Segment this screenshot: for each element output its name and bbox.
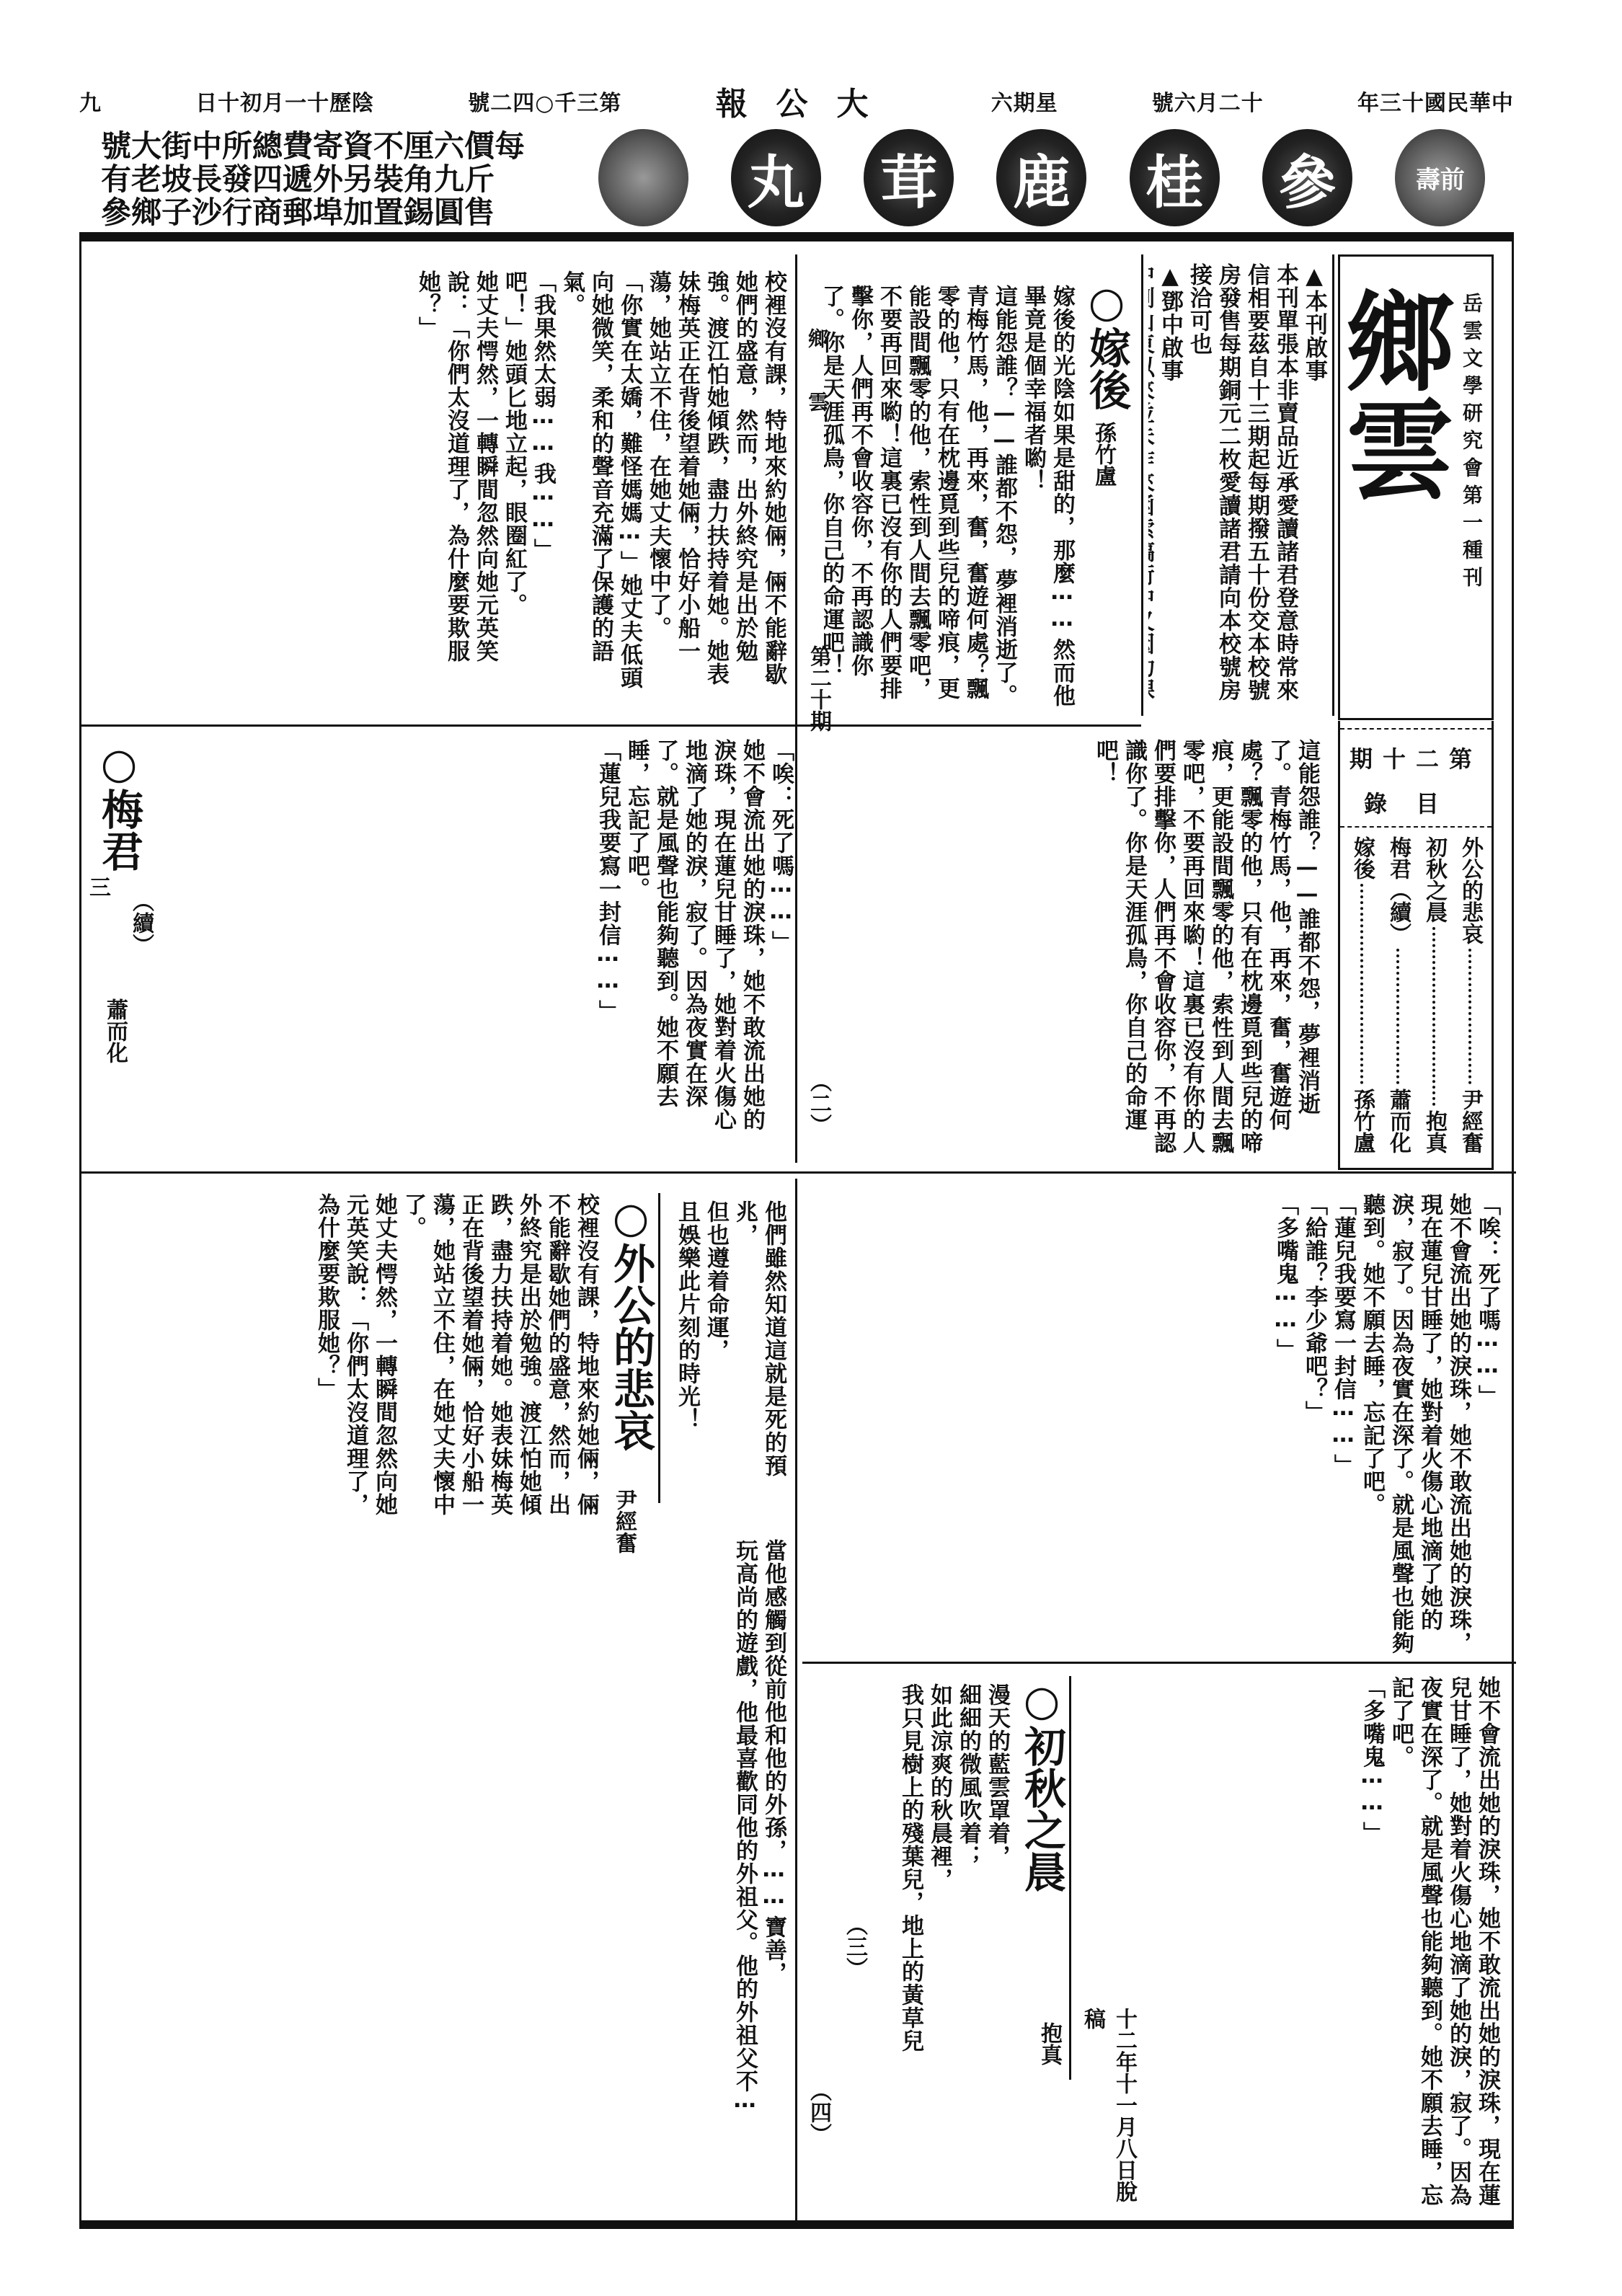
article-title-chuqiu: ○初秋之晨 [1019, 1676, 1065, 1892]
folio-name: 鄉雲 [802, 328, 831, 455]
toc-entry[interactable]: 梅君（續） 蕭而化 [1382, 836, 1414, 1153]
paragraph: 她丈夫愕然，一轉瞬間忽然向她元英笑說：「你們太沒道理了，為什麼要欺服她？」 [312, 1193, 399, 1525]
leader-dots [1468, 949, 1471, 1084]
leader-dots [1396, 949, 1399, 1084]
paragraph: 「唉：死了嗎⋯⋯」 [1473, 1193, 1502, 1654]
verse-line: 但也遵着命運， [701, 1200, 730, 1517]
issue-number: 第二十期 [1340, 728, 1492, 774]
product-medal-icon: 參 [1262, 129, 1352, 226]
paragraph: 她不會流出她的淚珠，她不敢流出她的淚珠，現在蓮兒甘睡了，她對着火傷心地滴了她的淚… [622, 739, 766, 1150]
product-medal-icon: 茸 [864, 129, 954, 226]
paragraph: 她不會流出她的淚珠，她不敢流出她的淚珠，現在蓮兒甘睡了，她對着火傷心地滴了她的淚… [1386, 1676, 1502, 2209]
brand-medal-icon [598, 129, 688, 226]
toc-entry-author: 尹經奮 [1454, 1089, 1486, 1153]
paragraph: 她丈夫愕然，一轉瞬間忽然向她元英笑說：「你們太沒道理了，為什麼要欺服她？」 [413, 270, 500, 703]
paragraph: 這能怨誰？——誰都不怨，夢裡消逝了。青梅竹馬，他，再來，奮，奮遊何處？飄零的他，… [1091, 739, 1321, 1157]
paragraph: 「蓮兒我要寫一封信⋯⋯」 [593, 739, 622, 1150]
article-body-right-lower: 她不會流出她的淚珠，她不敢流出她的淚珠，現在蓮兒甘睡了，她對着火傷心地滴了她的淚… [1112, 1676, 1502, 2209]
toc-entry[interactable]: 初秋之晨 抱真 [1418, 836, 1450, 1153]
verse-line: 細細的微風吹着； [954, 1683, 983, 2188]
byline-chuqiu: 抱真 [1033, 2022, 1065, 2065]
paragraph: 「你實在太嬌，難怪媽媽⋯」她丈夫低頭向她微笑，柔和的聲音充滿了保護的語氣。 [557, 270, 644, 703]
notice-body: 本刊單張本非賣品近承愛讀諸君登意時常來信相要茲自十三期起每期撥五十份交本校號房發… [1184, 263, 1300, 710]
column-divider [795, 254, 797, 1163]
paragraph: 「蓮兒我要寫一封信⋯⋯」 [1329, 1193, 1357, 1654]
toc-entry-title: 外公的悲哀 [1454, 836, 1486, 944]
toc-entry-title: 梅君（續） [1382, 836, 1414, 944]
paragraph: 「給誰？李少爺吧？」 [1300, 1193, 1329, 1654]
byline-meijun: 蕭而化 [99, 998, 130, 1063]
byline-jiahou: 孫竹盧 [1087, 422, 1119, 487]
paragraph: 當他感觸到從前他和他的外孫，⋯⋯寶善， [759, 1539, 788, 2217]
article-body-meijun-upper: 校裡沒有課，特地來約她倆，倆不能辭歇她們的盛意，然而，出外終究是出於勉強。渡江怕… [96, 270, 788, 703]
header-page-mark: 九 [79, 85, 102, 117]
paragraph: 「唉：死了嗎⋯⋯」 [766, 739, 795, 1150]
folio-issue: 第二十期 [802, 645, 834, 732]
verse-line: 漫天的藍雲罩着， [983, 1683, 1011, 2188]
toc-label: 目錄 [1340, 786, 1492, 828]
toc-entry-title: 嫁後 [1346, 836, 1378, 879]
header-weekday: 星期六 [991, 85, 1058, 117]
toc-entries: 嫁後 孫竹盧 梅君（續） 蕭而化 初秋之晨 抱真 外公的悲哀 尹 [1346, 836, 1486, 1153]
column-divider [1069, 1676, 1071, 2080]
paragraph: 玩高尚的遊戲，他最喜歡同他的外祖父。他的外祖父不⋯ [730, 1539, 759, 2217]
product-medal-icon: 丸 [731, 129, 821, 226]
toc-entry-title: 初秋之晨 [1418, 836, 1450, 923]
paper-name: 大公報 [716, 78, 898, 124]
verse-line: 我只見樹上的殘葉兒，地上的黃草兒 [896, 1683, 925, 2188]
article-title-waigong: ○外公的悲哀 [608, 1193, 654, 1451]
column-divider [658, 1193, 660, 1503]
paragraph: 嫁後的光陰如果是甜的，那麼⋯⋯然而他畢竟是個幸福者喲！ [1019, 285, 1076, 717]
header-issue-no: 第三千○四二號 [468, 85, 621, 117]
notice-body: 中到山東以來並未作來函索稿術中又因功課忙碌並作詩寄上而蕭而化君以為○生君作詩實未… [1148, 263, 1156, 710]
section-number: 三 [81, 876, 113, 897]
verse-line: 如此涼爽的秋晨裡， [925, 1683, 954, 2188]
article-part-meijun: （續） [125, 890, 156, 955]
masthead: 鄉雲 岳雲文學研究會第一種刊 [1338, 254, 1494, 720]
page-number: （三） [838, 1914, 870, 1979]
article-body-meijun-lower: 校裡沒有課，特地來約她倆，倆不能辭歇她們的盛意，然而，出外終究是出於勉強。渡江怕… [96, 1193, 601, 1525]
leader-dots [1360, 884, 1363, 1084]
ad-copy-line: 售圓錫置加埠郵商行沙子鄉參 [101, 196, 562, 229]
verse-waigong: 他們雖然知道這就是死的預兆， 但也遵着命運， 且娛樂此片刻的時光！ [665, 1200, 788, 1517]
header-lunar-date: 陰歷十一月初十日 [195, 85, 374, 117]
verse-line: 且娛樂此片刻的時光！ [673, 1200, 701, 1517]
toc-entry-author: 抱真 [1418, 1110, 1450, 1153]
product-medal-icon: 桂 [1130, 129, 1220, 226]
article-title-jiahou: ○嫁後 [1083, 278, 1130, 410]
row-divider [81, 724, 1141, 727]
column-divider [795, 1179, 797, 2224]
notice-heading: ▲本刊啟事 [1300, 263, 1329, 710]
supplement-frame: 鄉雲 岳雲文學研究會第一種刊 第二十期 目錄 嫁後 孫竹盧 梅君（續） 蕭而化 … [79, 239, 1514, 2229]
article-body-waigong: 當他感觸到從前他和他的外孫，⋯⋯寶善， 玩高尚的遊戲，他最喜歡同他的外祖父。他的… [96, 1539, 788, 2217]
masthead-title: 鄉雲 [1333, 285, 1448, 502]
product-medal-icon: 鹿 [996, 129, 1086, 226]
paragraph: 「多嘴鬼⋯⋯」 [1271, 1193, 1300, 1654]
toc-entry-author: 蕭而化 [1382, 1089, 1414, 1153]
verse-line: 他們雖然知道這就是死的預兆， [730, 1200, 788, 1517]
ad-copy: 每價六厘不資寄費總所中街大號 斤九角裝另外遞四發長坡老有 售圓錫置加埠郵商行沙子… [101, 130, 562, 231]
toc-entry-author: 孫竹盧 [1346, 1089, 1378, 1153]
column-divider [1332, 254, 1334, 716]
row-divider [802, 1662, 1516, 1664]
article-title-meijun: ○梅君 [96, 739, 142, 872]
header-year: 中華民國十三年 [1357, 85, 1514, 117]
article-body-jiahou: 嫁後的光陰如果是甜的，那麼⋯⋯然而他畢竟是個幸福者喲！ 這能怨誰？——誰都不怨，… [824, 285, 1076, 717]
page-number: （四） [802, 2080, 834, 2145]
row-divider [81, 1171, 1516, 1174]
header-strip: 中華民國十三年 十二月六號 星期六 大公報 第三千○四二號 陰歷十一月初十日 九 [79, 79, 1514, 123]
paragraph: 校裡沒有課，特地來約她倆，倆不能辭歇她們的盛意，然而，出外終究是出於勉強。渡江怕… [399, 1193, 601, 1525]
toc-entry[interactable]: 外公的悲哀 尹經奮 [1454, 836, 1486, 1153]
advertisement-banner: 每價六厘不資寄費總所中街大號 斤九角裝另外遞四發長坡老有 售圓錫置加埠郵商行沙子… [79, 124, 1514, 239]
notices-block: ▲本刊啟事 本刊單張本非賣品近承愛讀諸君登意時常來信相要茲自十三期起每期撥五十份… [1148, 263, 1329, 710]
verse-chuqiu: 漫天的藍雲罩着， 細細的微風吹着； 如此涼爽的秋晨裡， 我只見樹上的殘葉兒，地上… [882, 1683, 1011, 2188]
notice-heading: ▲鄧中啟事 [1156, 263, 1184, 710]
paragraph: 「我果然太弱⋯⋯我⋯⋯」 [528, 270, 557, 703]
paragraph: 這能怨誰？——誰都不怨，夢裡消逝了。青梅竹馬，他，再來，奮，奮遊何處？飄零的他，… [824, 285, 1019, 717]
article-body-dialogue: 「唉：死了嗎⋯⋯」 她不會流出她的淚珠，她不敢流出她的淚珠，現在蓮兒甘睡了，她對… [817, 1193, 1502, 1654]
header-date: 十二月六號 [1152, 85, 1264, 117]
ad-copy-line: 斤九角裝另外遞四發長坡老有 [101, 163, 562, 196]
brand-medal-icon: 壽前 [1395, 129, 1485, 226]
ad-medals: 壽前 參 桂 鹿 茸 丸 [577, 127, 1507, 228]
paragraph: 校裡沒有課，特地來約她倆，倆不能辭歇她們的盛意，然而，出外終究是出於勉強。渡江怕… [644, 270, 788, 703]
paragraph: 「多嘴鬼⋯⋯」 [1357, 1676, 1386, 2209]
leader-dots [1432, 927, 1435, 1106]
paragraph: 吧！」她頭匕地立起，眼圈紅了。 [500, 270, 528, 703]
paragraph: 她不會流出她的淚珠，她不敢流出她的淚珠，現在蓮兒甘睡了，她對着火傷心地滴了她的淚… [1357, 1193, 1473, 1654]
article-body-meijun-mid: 「唉：死了嗎⋯⋯」 她不會流出她的淚珠，她不敢流出她的淚珠，現在蓮兒甘睡了，她對… [161, 739, 795, 1150]
toc-entry[interactable]: 嫁後 孫竹盧 [1346, 836, 1378, 1153]
ad-copy-line: 每價六厘不資寄費總所中街大號 [101, 130, 562, 163]
table-of-contents: 第二十期 目錄 嫁後 孫竹盧 梅君（續） 蕭而化 初秋之晨 抱真 [1338, 721, 1494, 1170]
newspaper-page: 中華民國十三年 十二月六號 星期六 大公報 第三千○四二號 陰歷十一月初十日 九… [79, 79, 1514, 2235]
column-divider [1141, 254, 1143, 716]
article-body-jiahou-continued: 這能怨誰？——誰都不怨，夢裡消逝了。青梅竹馬，他，再來，奮，奮遊何處？飄零的他，… [817, 739, 1321, 1157]
masthead-subtitle: 岳雲文學研究會第一種刊 [1457, 293, 1486, 594]
